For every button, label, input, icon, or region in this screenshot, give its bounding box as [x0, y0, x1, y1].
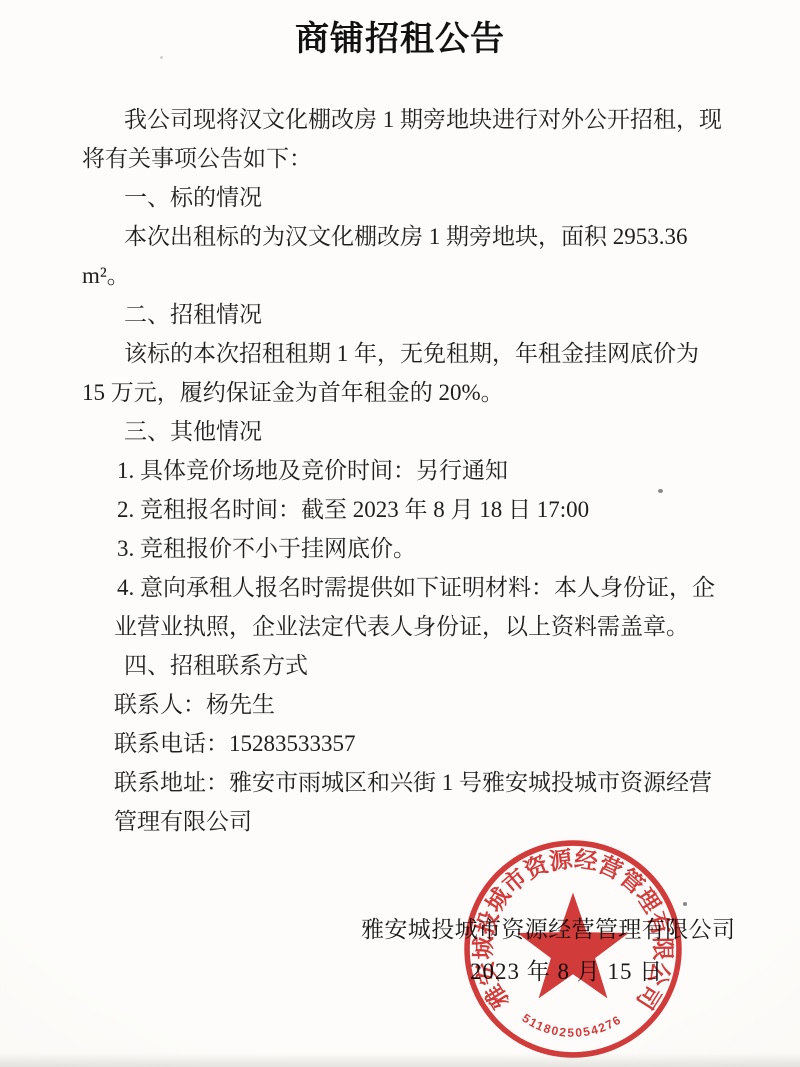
- list-item: 2. 竞租报名时间：截至 2023 年 8 月 18 日 17:00: [0, 490, 800, 529]
- section-heading: 四、招租联系方式: [0, 646, 800, 685]
- scan-speck: [683, 902, 687, 906]
- paragraph-line: 本次出租标的为汉文化棚改房 1 期旁地块，面积 2953.36: [0, 217, 800, 256]
- paragraph-line: 该标的本次招租租期 1 年，无免租期，年租金挂网底价为: [0, 334, 800, 373]
- scanned-document-page: 商铺招租公告 我公司现将汉文化棚改房 1 期旁地块进行对外公开招租，现 将有关事…: [0, 0, 800, 1067]
- list-item: 4. 意向承租人报名时需提供如下证明材料：本人身份证，企: [0, 568, 800, 607]
- section-heading: 三、其他情况: [0, 412, 800, 451]
- section-heading: 二、招租情况: [0, 295, 800, 334]
- company-seal-stamp: 雅安城投城市资源经营管理有限公司 5118025054276: [462, 838, 684, 1060]
- scan-speck: [160, 56, 163, 59]
- paragraph-line: 15 万元，履约保证金为首年租金的 20%。: [0, 373, 800, 412]
- list-item: 3. 竞租报价不小于挂网底价。: [0, 529, 800, 568]
- contact-person-line: 联系人：杨先生: [0, 685, 800, 724]
- contact-address-line: 联系地址：雅安市雨城区和兴街 1 号雅安城投城市资源经营: [0, 763, 800, 802]
- contact-address-continuation: 管理有限公司: [0, 802, 800, 841]
- paragraph-line: m²。: [0, 256, 800, 295]
- contact-phone-line: 联系电话：15283533357: [0, 724, 800, 763]
- list-item-continuation: 业营业执照，企业法定代表人身份证，以上资料需盖章。: [0, 607, 800, 646]
- seal-graphic: 雅安城投城市资源经营管理有限公司 5118025054276: [462, 838, 684, 1060]
- scan-bottom-shadow: [0, 1053, 800, 1067]
- paragraph-line: 我公司现将汉文化棚改房 1 期旁地块进行对外公开招租，现: [0, 100, 800, 139]
- section-heading: 一、标的情况: [0, 178, 800, 217]
- scan-speck: [658, 489, 663, 493]
- list-item: 1. 具体竞价场地及竞价时间：另行通知: [0, 451, 800, 490]
- paragraph-line: 将有关事项公告如下：: [0, 139, 800, 178]
- document-body: 我公司现将汉文化棚改房 1 期旁地块进行对外公开招租，现 将有关事项公告如下： …: [0, 100, 800, 841]
- seal-serial-number: 5118025054276: [520, 1011, 625, 1040]
- seal-star-icon: [517, 892, 628, 998]
- document-title: 商铺招租公告: [0, 16, 800, 64]
